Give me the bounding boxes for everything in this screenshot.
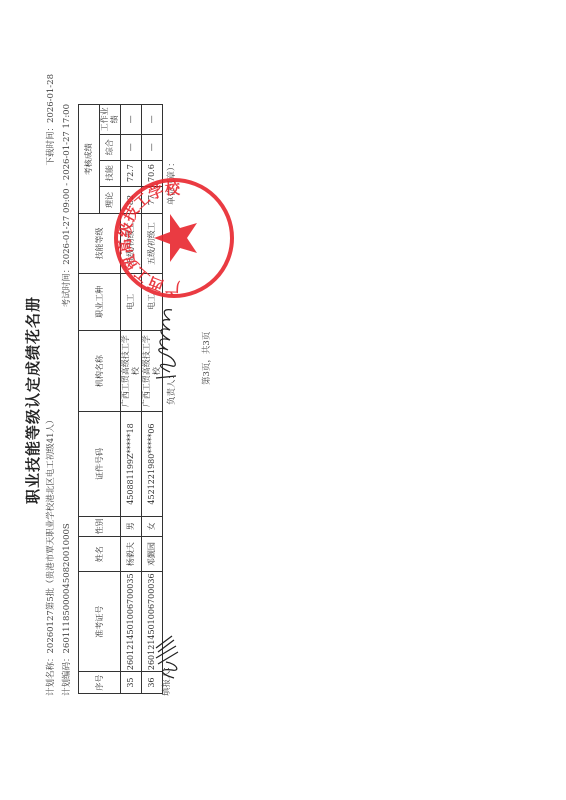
document-page: 职业技能等级认定成绩花名册 计划名称：20260127第5批（贵港市覃天职业学校… (0, 0, 566, 800)
cell-comprehensive: — (121, 134, 142, 160)
plan-name-value: 20260127第5批（贵港市覃天职业学校港北区电工初级41人） (46, 415, 56, 653)
cell-name: 杨毅夫 (121, 536, 142, 572)
cell-name: 邓觐园 (142, 536, 163, 572)
header-gender: 性别 (79, 516, 121, 536)
plan-name: 计划名称：20260127第5批（贵港市覃天职业学校港北区电工初级41人） (44, 415, 56, 696)
star-icon (154, 214, 197, 262)
header-id-no: 证件号码 (79, 412, 121, 517)
header-ticket-no: 准考证号 (79, 572, 121, 672)
exam-time: 考试时间：2026-01-27 09:00 - 2026-01-27 17:00 (60, 104, 72, 307)
page-info: 第3页，共3页 (200, 332, 212, 385)
cell-id-no: 4521221980*****06 (142, 412, 163, 517)
download-time-value: 2026-01-28 (46, 74, 56, 123)
plan-code-label: 计划编码： (62, 653, 72, 696)
header-seq: 序号 (79, 672, 121, 694)
header-work-performance: 工作业绩 (100, 105, 121, 135)
cell-seq: 35 (121, 672, 142, 694)
cell-org: 广西工贸高级技工学校 (121, 331, 142, 412)
responsible-signature (146, 300, 186, 380)
cell-gender: 男 (121, 516, 142, 536)
download-time-label: 下载时间： (46, 123, 56, 166)
header-comprehensive: 综合 (100, 134, 121, 160)
header-org: 机构名称 (79, 331, 121, 412)
cell-work-performance: — (121, 105, 142, 135)
header-row: 序号 准考证号 姓名 性别 证件号码 机构名称 职业工种 技能等级 考核成绩 (79, 105, 100, 694)
download-time: 下载时间：2026-01-28 (44, 74, 56, 166)
cell-id-no: 450881199Z*****18 (121, 412, 142, 517)
plan-code: 计划编码：26011185000045082001000S (60, 523, 72, 696)
exam-time-label: 考试时间： (62, 265, 72, 308)
cell-gender: 女 (142, 516, 163, 536)
header-scores-group: 考核成绩 (79, 105, 100, 214)
exam-time-value: 2026-01-27 09:00 - 2026-01-27 17:00 (62, 104, 72, 265)
page-title: 职业技能等级认定成绩花名册 (22, 0, 43, 800)
plan-code-value: 26011185000045082001000S (62, 523, 72, 653)
official-seal-stamp: 广西工贸高级技工学校 (110, 174, 238, 302)
plan-name-label: 计划名称： (46, 653, 56, 696)
cell-comprehensive: — (142, 134, 163, 160)
header-name: 姓名 (79, 536, 121, 572)
cell-ticket-no: 2601214501006700035 (121, 572, 142, 672)
cell-work-performance: — (142, 105, 163, 135)
filler-signature (152, 632, 184, 682)
